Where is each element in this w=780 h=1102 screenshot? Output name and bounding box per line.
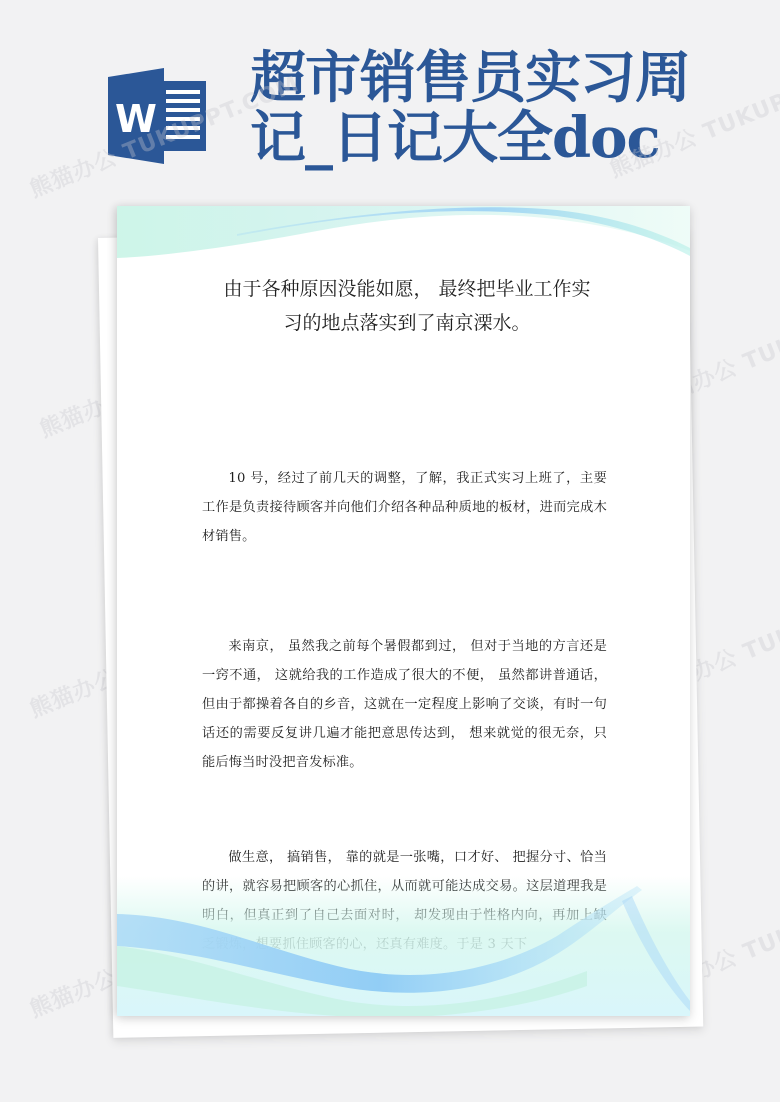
intro-line-1: 由于各种原因没能如愿， 最终把毕业工作实 <box>197 272 617 306</box>
intro-line-2: 习的地点落实到了南京溧水。 <box>197 306 617 340</box>
paragraph-3: 做生意， 搞销售， 靠的就是一张嘴，口才好、 把握分寸、恰当的讲，就容易把顾客的… <box>202 843 607 959</box>
title-line-2: 记_日记大全doc <box>250 108 750 168</box>
title-line-1: 超市销售员实习周 <box>250 48 750 108</box>
document-title: 超市销售员实习周 记_日记大全doc <box>250 48 750 168</box>
word-icon: W <box>108 68 208 164</box>
paragraph-1: 10 号，经过了前几天的调整，了解，我正式实习上班了，主要工作是负责接待顾客并向… <box>202 464 607 551</box>
paragraph-2: 来南京， 虽然我之前每个暑假都到过， 但对于当地的方言还是一窍不通， 这就给我的… <box>202 632 607 777</box>
word-icon-letter: W <box>115 97 157 141</box>
top-wave-decoration <box>117 206 690 266</box>
intro-heading: 由于各种原因没能如愿， 最终把毕业工作实 习的地点落实到了南京溧水。 <box>197 272 617 340</box>
document-page: 由于各种原因没能如愿， 最终把毕业工作实 习的地点落实到了南京溧水。 10 号，… <box>117 206 690 1016</box>
